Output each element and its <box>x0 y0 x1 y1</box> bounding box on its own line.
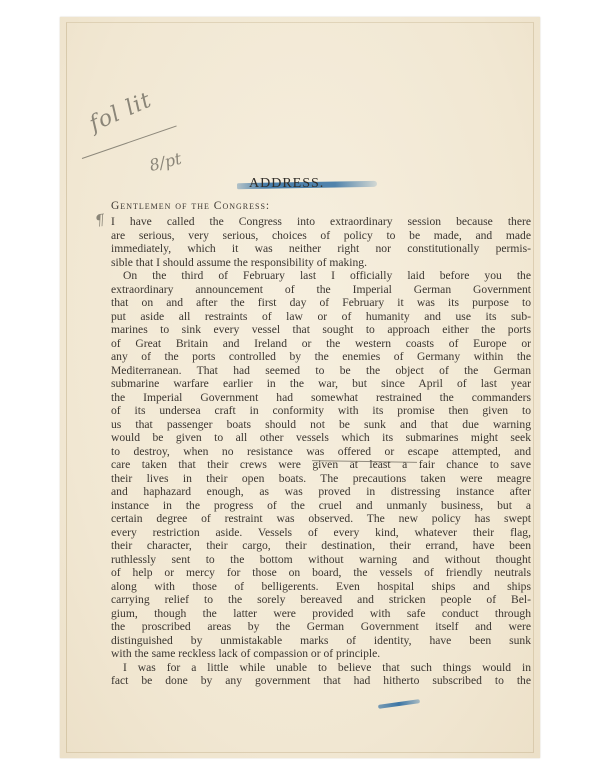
text-line: are serious, very serious, choices of po… <box>111 229 531 243</box>
text-line: sible that I should assume the responsib… <box>111 256 531 270</box>
salutation: Gentlemen of the Congress: <box>111 200 270 212</box>
text-line: along with those of belligerents. Even h… <box>111 580 531 594</box>
text-line: I have called the Congress into extraord… <box>111 215 531 229</box>
text-line: instance in the progress of the cruel an… <box>111 499 531 513</box>
text-line: us that passenger boats should not be su… <box>111 418 531 432</box>
blue-pencil-mark <box>378 699 420 709</box>
text-line: submarine warfare earlier in the war, bu… <box>111 377 531 391</box>
text-line: the proscribed areas by the German Gover… <box>111 620 531 634</box>
text-line: Mediterranean. That had seemed to be the… <box>111 364 531 378</box>
text-line: any of the ports controlled by the enemi… <box>111 350 531 364</box>
text-line: carrying relief to the sorely bereaved a… <box>111 593 531 607</box>
text-line: distinguished by unmistakable marks of i… <box>111 634 531 648</box>
text-line: to destroy, when no resistance was offer… <box>111 445 531 459</box>
text-line: their lives in their open boats. The pre… <box>111 472 531 486</box>
text-line: marines to sink every vessel that sought… <box>111 323 531 337</box>
text-line: their character, their cargo, their dest… <box>111 539 531 553</box>
page-title: ADDRESS. <box>249 176 324 192</box>
text-line: ruthlessly sent to the bottom without wa… <box>111 553 531 567</box>
text-line: of its undersea craft in conformity with… <box>111 404 531 418</box>
text-line: immediately, which it was neither right … <box>111 242 531 256</box>
text-line: and haphazard enough, as was proved in d… <box>111 485 531 499</box>
paragraph-mark-icon: ¶ <box>94 210 106 229</box>
text-line: of help or mercy for those on board, the… <box>111 566 531 580</box>
text-line: fact be done by any government that had … <box>111 674 531 688</box>
heading-block: ADDRESS. <box>235 176 380 196</box>
text-line: gium, though the latter were provided wi… <box>111 607 531 621</box>
text-line: the Imperial Government had somewhat res… <box>111 391 531 405</box>
text-line: extraordinary announcement of the Imperi… <box>111 283 531 297</box>
pencil-annotation-bottom: 8/pt <box>147 149 183 175</box>
text-line: On the third of February last I official… <box>111 269 531 283</box>
text-line: would be given to all other vessels whic… <box>111 431 531 445</box>
text-line: I was for a little while unable to belie… <box>111 661 531 675</box>
text-line: put aside all restraints of law or of hu… <box>111 310 531 324</box>
pencil-annotation-top: fol lit <box>86 88 156 137</box>
text-line: every restriction aside. Vessels of ever… <box>111 526 531 540</box>
document-page: fol lit 8/pt ADDRESS. Gentlemen of the C… <box>60 17 540 758</box>
text-line: that on and after the first day of Febru… <box>111 296 531 310</box>
text-line: of Great Britain and Ireland or the west… <box>111 337 531 351</box>
body-text: I have called the Congress into extraord… <box>111 215 531 688</box>
text-line: with the same reckless lack of compassio… <box>111 647 531 661</box>
text-line: certain degree of restraint was observed… <box>111 512 531 526</box>
